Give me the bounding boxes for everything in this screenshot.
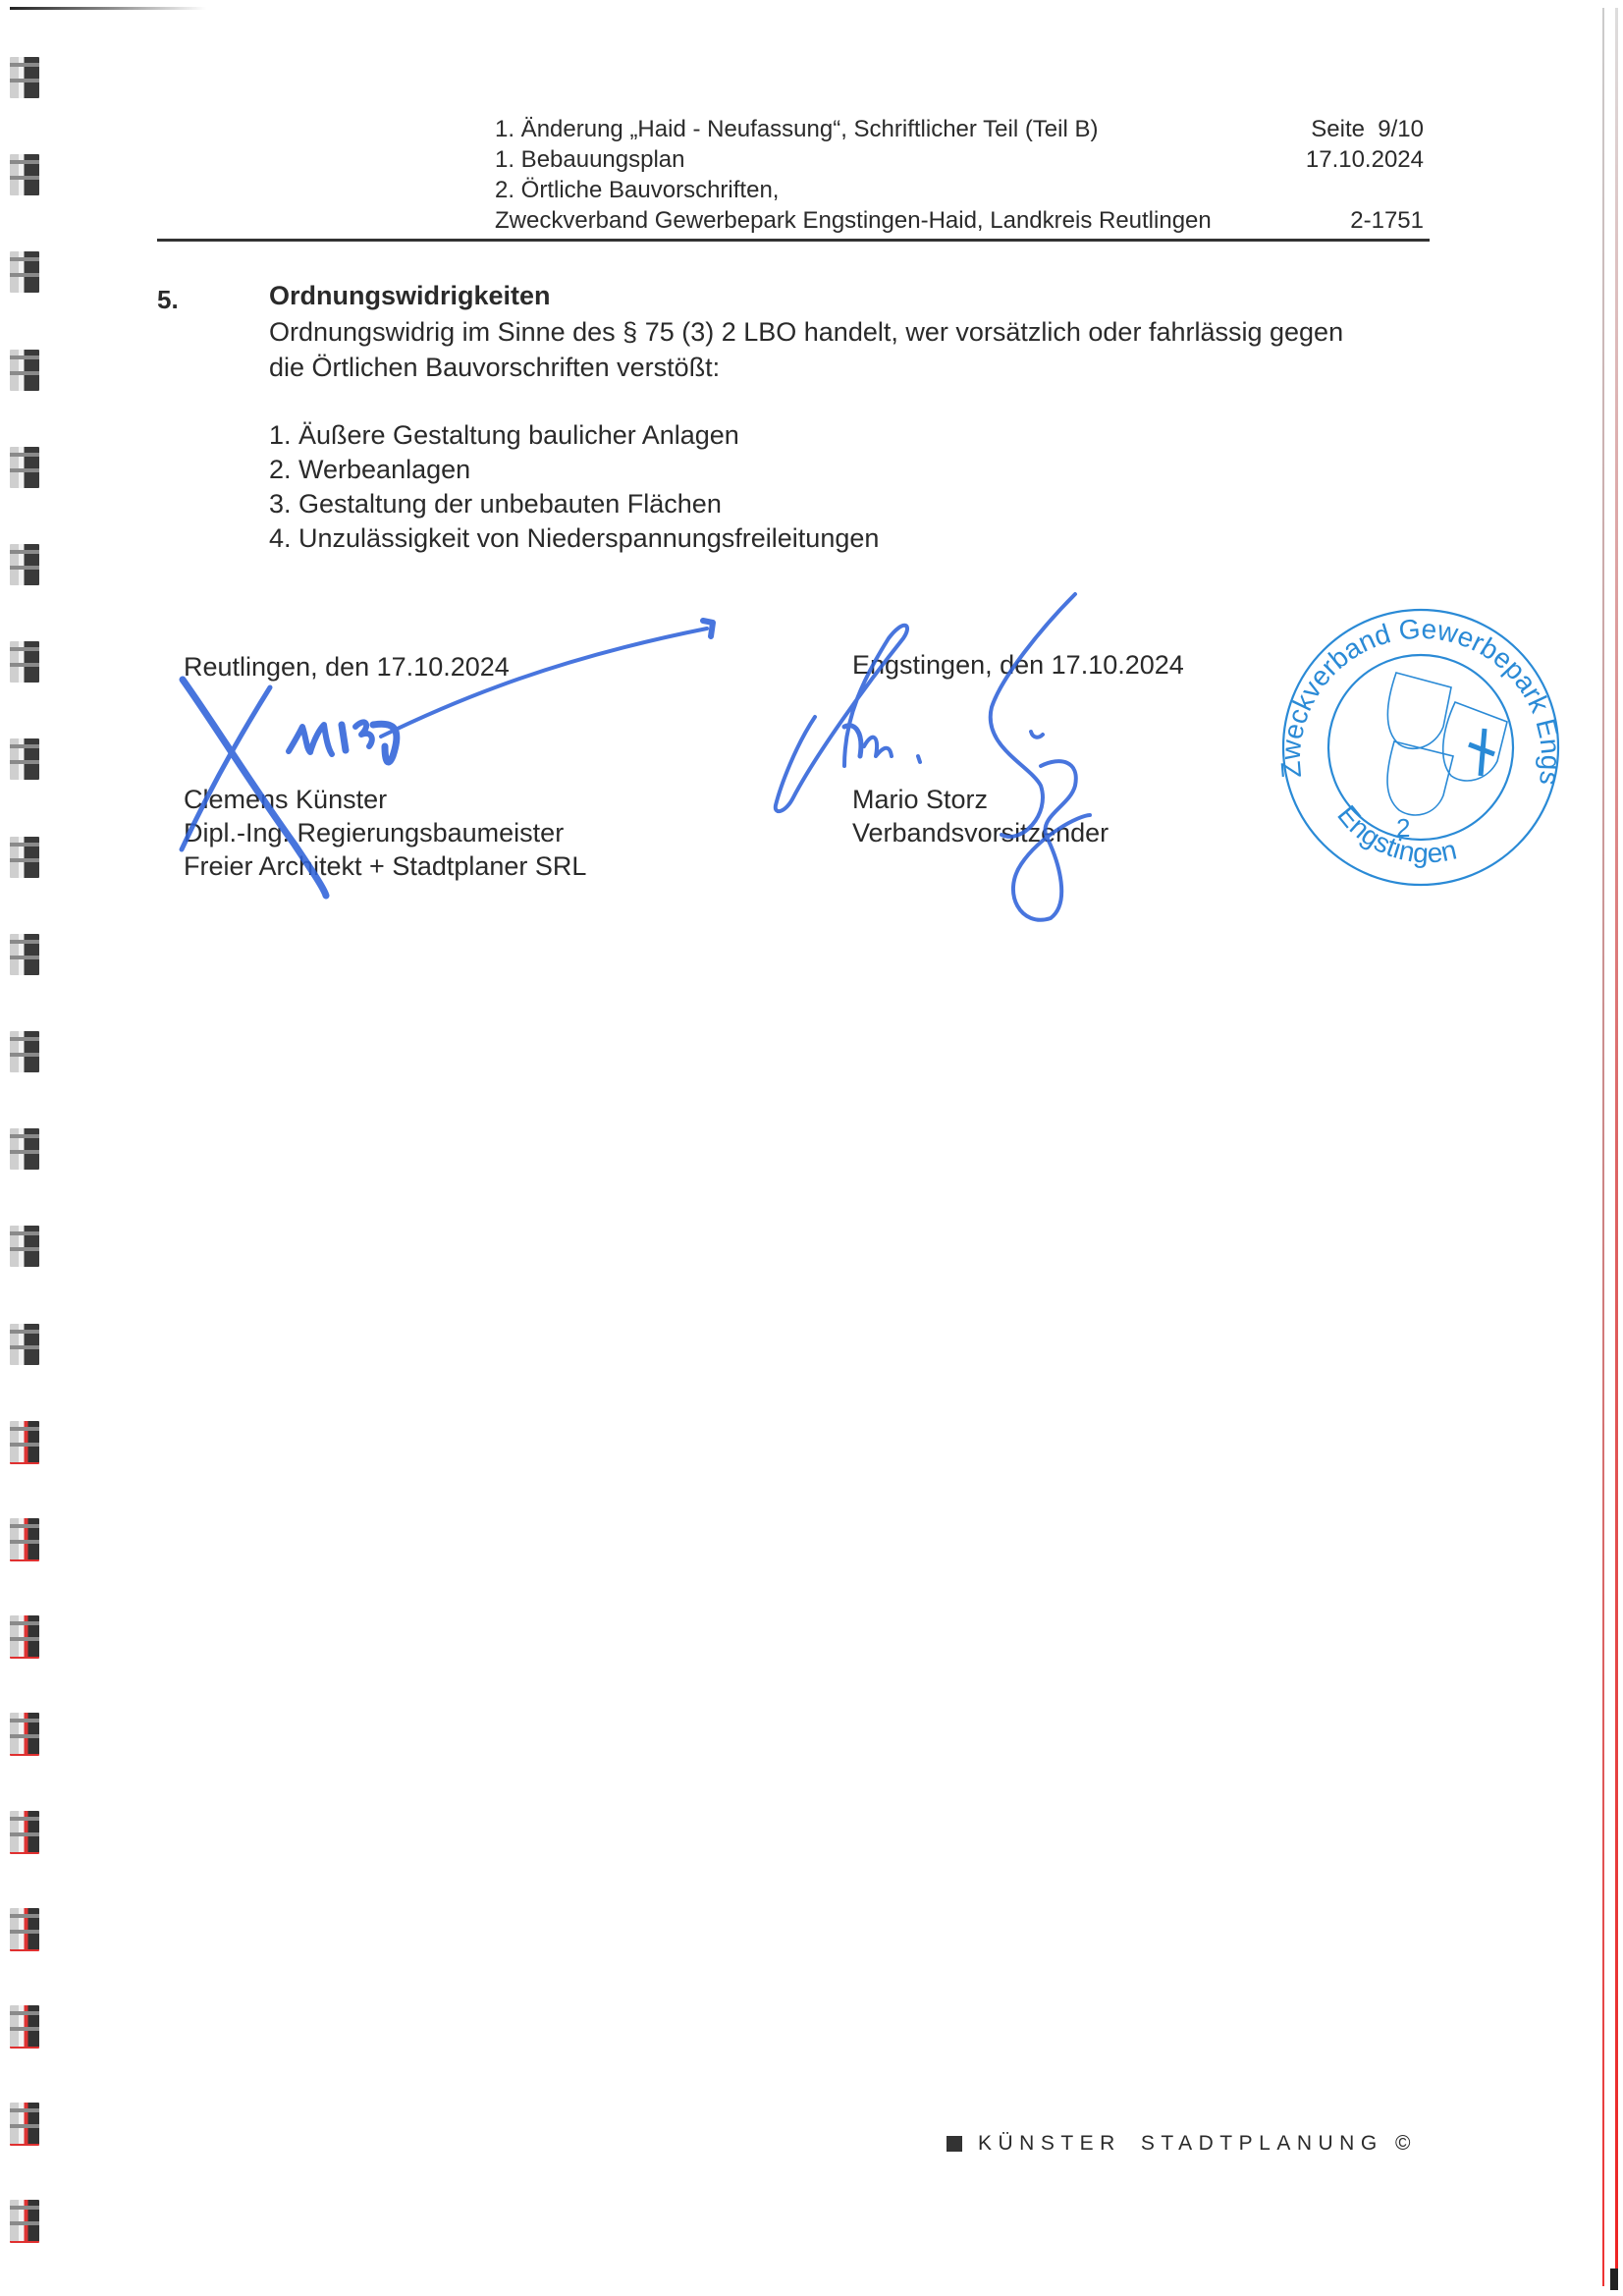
list-item: 4. Unzulässigkeit von Niederspannungsfre… <box>269 521 879 556</box>
binding-ring-icon <box>10 1324 39 1365</box>
scan-right-edge <box>1602 8 1604 2286</box>
left-signatory-title-2: Freier Architekt + Stadtplaner SRL <box>184 849 586 883</box>
right-place-date: Engstingen, den 17.10.2024 <box>852 648 1184 682</box>
list-item: 3. Gestaltung der unbebauten Flächen <box>269 487 879 521</box>
header-line-3: 2. Örtliche Bauvorschriften, <box>495 175 1212 205</box>
document-header-title: 1. Änderung „Haid - Neufassung“, Schrift… <box>495 114 1212 236</box>
left-signatory-title-1: Dipl.-Ing. Regierungsbaumeister <box>184 816 586 849</box>
brand-square-icon <box>947 2136 962 2152</box>
document-number: 2-1751 <box>1227 205 1424 236</box>
section-body-line-2: die Örtlichen Bauvorschriften verstößt: <box>269 350 1428 385</box>
section-body: Ordnungswidrig im Sinne des § 75 (3) 2 L… <box>269 314 1428 385</box>
binding-ring-icon <box>10 2005 39 2049</box>
binding-ring-icon <box>10 1713 39 1756</box>
section-title: Ordnungswidrigkeiten <box>269 281 551 311</box>
header-line-2: 1. Bebauungsplan <box>495 144 1212 175</box>
brand-name: KÜNSTER <box>978 2132 1121 2156</box>
binding-ring-icon <box>10 1421 39 1464</box>
binding-ring-icon <box>10 1128 39 1170</box>
binding-ring-icon <box>10 641 39 683</box>
binding-ring-icon <box>10 837 39 878</box>
right-signature-icon <box>776 594 1090 920</box>
header-date: 17.10.2024 <box>1227 144 1424 175</box>
list-item: 2. Werbeanlagen <box>269 453 879 487</box>
right-signatory-name: Mario Storz <box>852 783 1109 816</box>
binding-ring-icon <box>10 1518 39 1561</box>
binding-ring-icon <box>10 447 39 488</box>
right-signatory-title-1: Verbandsvorsitzender <box>852 816 1109 849</box>
violation-list: 1. Äußere Gestaltung baulicher Anlagen 2… <box>269 418 879 556</box>
binding-ring-icon <box>10 1908 39 1951</box>
svg-text:Engstingen: Engstingen <box>1331 799 1459 868</box>
binding-ring-icon <box>10 350 39 391</box>
header-line-1: 1. Änderung „Haid - Neufassung“, Schrift… <box>495 114 1212 144</box>
header-line-4: Zweckverband Gewerbepark Engstingen-Haid… <box>495 205 1212 236</box>
section-body-line-1: Ordnungswidrig im Sinne des § 75 (3) 2 L… <box>269 314 1428 350</box>
right-signatory: Mario Storz Verbandsvorsitzender <box>852 783 1109 849</box>
binding-ring-icon <box>10 154 39 195</box>
binding-ring-icon <box>10 738 39 780</box>
svg-text:2: 2 <box>1396 813 1410 843</box>
left-place-date: Reutlingen, den 17.10.2024 <box>184 650 510 683</box>
binding-ring-icon <box>10 934 39 975</box>
section-number: 5. <box>157 285 179 315</box>
footer-brand: KÜNSTER STADTPLANUNG © <box>947 2132 1417 2156</box>
binding-ring-icon <box>10 1615 39 1659</box>
header-divider <box>157 239 1430 242</box>
brand-suffix: STADTPLANUNG © <box>1141 2132 1417 2156</box>
binding-ring-icon <box>10 1811 39 1854</box>
scan-top-edge <box>10 7 206 10</box>
scan-right-edge-outer <box>1615 8 1618 2286</box>
left-signatory-name: Clemens Künster <box>184 783 586 816</box>
binding-ring-icon <box>10 544 39 585</box>
document-header-meta: Seite 9/10 17.10.2024 2-1751 <box>1227 114 1424 236</box>
binding-ring-icon <box>10 2103 39 2146</box>
binding-ring-icon <box>10 1226 39 1267</box>
list-item: 1. Äußere Gestaltung baulicher Anlagen <box>269 418 879 453</box>
left-signatory: Clemens Künster Dipl.-Ing. Regierungsbau… <box>184 783 586 883</box>
binding-ring-icon <box>10 1031 39 1072</box>
page-number: Seite 9/10 <box>1227 114 1424 144</box>
binding-ring-icon <box>10 57 39 98</box>
scan-right-edge-foot <box>1610 2269 1618 2290</box>
binding-ring-icon <box>10 2200 39 2243</box>
binding-ring-icon <box>10 251 39 293</box>
